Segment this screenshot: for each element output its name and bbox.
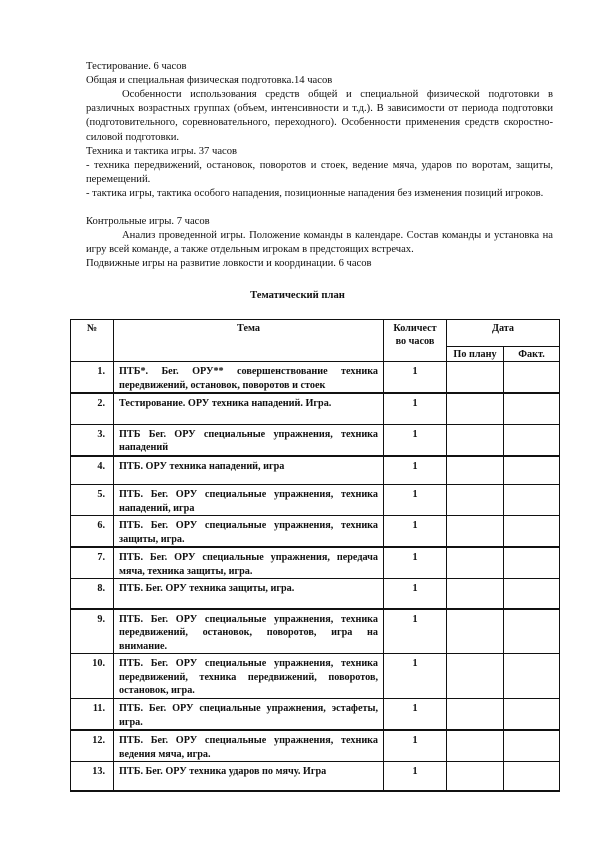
table-row: 1.ПТБ*. Бег. ОРУ** совершенствование тех… bbox=[71, 362, 560, 394]
plan-title: Тематический план bbox=[0, 290, 595, 301]
row-date-fact bbox=[504, 393, 560, 424]
row-hours: 1 bbox=[384, 609, 447, 654]
row-number: 6. bbox=[71, 516, 114, 548]
row-date-plan bbox=[447, 579, 504, 609]
row-date-plan bbox=[447, 362, 504, 394]
table-row: 2.Тестирование. ОРУ техника нападений. И… bbox=[71, 393, 560, 424]
thematic-plan-table: № Тема Количест во часов Дата По плану Ф… bbox=[70, 319, 560, 792]
row-date-plan bbox=[447, 393, 504, 424]
row-date-plan bbox=[447, 609, 504, 654]
row-hours: 1 bbox=[384, 516, 447, 548]
row-number: 2. bbox=[71, 393, 114, 424]
row-hours: 1 bbox=[384, 393, 447, 424]
row-number: 9. bbox=[71, 609, 114, 654]
row-date-fact bbox=[504, 579, 560, 609]
row-number: 5. bbox=[71, 485, 114, 516]
row-date-fact bbox=[504, 654, 560, 699]
row-hours: 1 bbox=[384, 762, 447, 791]
row-topic: ПТБ. Бег. ОРУ специальные упражнения, те… bbox=[114, 485, 384, 516]
row-number: 10. bbox=[71, 654, 114, 699]
table-row: 7.ПТБ. Бег. ОРУ специальные упражнения, … bbox=[71, 547, 560, 579]
table-row: 6.ПТБ. Бег. ОРУ специальные упражнения, … bbox=[71, 516, 560, 548]
row-number: 8. bbox=[71, 579, 114, 609]
table-row: 13.ПТБ. Бег. ОРУ техника ударов по мячу.… bbox=[71, 762, 560, 791]
plan-body: 1.ПТБ*. Бег. ОРУ** совершенствование тех… bbox=[71, 362, 560, 791]
row-hours: 1 bbox=[384, 456, 447, 485]
section-general-special-desc: Особенности использования средств общей … bbox=[86, 88, 553, 145]
section-technique-tactics: Техника и тактика игры. 37 часов bbox=[86, 145, 553, 159]
table-row: 8.ПТБ. Бег. ОРУ техника защиты, игра.1 bbox=[71, 579, 560, 609]
row-date-fact bbox=[504, 547, 560, 579]
technique-item: - техника передвижений, остановок, повор… bbox=[86, 159, 553, 187]
row-date-plan bbox=[447, 654, 504, 699]
row-number: 3. bbox=[71, 424, 114, 456]
tactics-item: - тактика игры, тактика особого нападени… bbox=[86, 187, 553, 201]
row-topic: ПТБ. Бег. ОРУ специальные упражнения, те… bbox=[114, 730, 384, 762]
row-date-fact bbox=[504, 762, 560, 791]
row-date-fact bbox=[504, 424, 560, 456]
header-hours: Количест во часов bbox=[384, 320, 447, 362]
row-date-fact bbox=[504, 485, 560, 516]
control-games-desc: Анализ проведенной игры. Положение коман… bbox=[86, 229, 553, 257]
row-topic: ПТБ*. Бег. ОРУ** совершенствование техни… bbox=[114, 362, 384, 394]
row-date-plan bbox=[447, 547, 504, 579]
row-date-fact bbox=[504, 730, 560, 762]
row-hours: 1 bbox=[384, 579, 447, 609]
row-number: 12. bbox=[71, 730, 114, 762]
row-number: 11. bbox=[71, 699, 114, 731]
row-hours: 1 bbox=[384, 362, 447, 394]
row-date-fact bbox=[504, 456, 560, 485]
section-general-special: Общая и специальная физическая подготовк… bbox=[86, 74, 553, 88]
header-topic: Тема bbox=[114, 320, 384, 362]
row-topic: ПТБ Бег. ОРУ специальные упражнения, тех… bbox=[114, 424, 384, 456]
section-control-games: Контрольные игры. 7 часов bbox=[86, 215, 553, 229]
row-topic: ПТБ. Бег. ОРУ техника ударов по мячу. Иг… bbox=[114, 762, 384, 791]
header-hours-label: Количест во часов bbox=[393, 323, 436, 347]
header-date-plan: По плану bbox=[447, 347, 504, 362]
section-testing: Тестирование. 6 часов bbox=[86, 60, 553, 74]
row-date-plan bbox=[447, 456, 504, 485]
row-date-plan bbox=[447, 699, 504, 731]
row-hours: 1 bbox=[384, 485, 447, 516]
table-row: 3.ПТБ Бег. ОРУ специальные упражнения, т… bbox=[71, 424, 560, 456]
table-row: 4.ПТБ. ОРУ техника нападений, игра1 bbox=[71, 456, 560, 485]
row-date-plan bbox=[447, 762, 504, 791]
row-date-plan bbox=[447, 730, 504, 762]
row-date-plan bbox=[447, 516, 504, 548]
row-topic: ПТБ. ОРУ техника нападений, игра bbox=[114, 456, 384, 485]
row-topic: ПТБ. Бег. ОРУ специальные упражнения, те… bbox=[114, 654, 384, 699]
row-topic: ПТБ. Бег. ОРУ специальные упражнения, пе… bbox=[114, 547, 384, 579]
row-date-plan bbox=[447, 424, 504, 456]
row-date-plan bbox=[447, 485, 504, 516]
table-row: 11.ПТБ. Бег. ОРУ специальные упражнения,… bbox=[71, 699, 560, 731]
row-date-fact bbox=[504, 699, 560, 731]
row-date-fact bbox=[504, 362, 560, 394]
row-hours: 1 bbox=[384, 699, 447, 731]
row-number: 1. bbox=[71, 362, 114, 394]
table-row: 5.ПТБ. Бег. ОРУ специальные упражнения, … bbox=[71, 485, 560, 516]
row-topic: ПТБ. Бег. ОРУ техника защиты, игра. bbox=[114, 579, 384, 609]
table-row: 12.ПТБ. Бег. ОРУ специальные упражнения,… bbox=[71, 730, 560, 762]
table-row: 10.ПТБ. Бег. ОРУ специальные упражнения,… bbox=[71, 654, 560, 699]
row-topic: ПТБ. Бег. ОРУ специальные упражнения, те… bbox=[114, 516, 384, 548]
table-row: 9.ПТБ. Бег. ОРУ специальные упражнения, … bbox=[71, 609, 560, 654]
row-number: 4. bbox=[71, 456, 114, 485]
row-number: 13. bbox=[71, 762, 114, 791]
header-date-fact: Факт. bbox=[504, 347, 560, 362]
row-topic: Тестирование. ОРУ техника нападений. Игр… bbox=[114, 393, 384, 424]
header-date: Дата bbox=[447, 320, 560, 347]
row-hours: 1 bbox=[384, 730, 447, 762]
row-date-fact bbox=[504, 516, 560, 548]
section-mobile-games: Подвижные игры на развитие ловкости и ко… bbox=[86, 257, 553, 271]
row-topic: ПТБ. Бег. ОРУ специальные упражнения, те… bbox=[114, 609, 384, 654]
row-hours: 1 bbox=[384, 547, 447, 579]
row-number: 7. bbox=[71, 547, 114, 579]
row-hours: 1 bbox=[384, 654, 447, 699]
row-topic: ПТБ. Бег. ОРУ специальные упражнения, эс… bbox=[114, 699, 384, 731]
row-date-fact bbox=[504, 609, 560, 654]
header-num: № bbox=[71, 320, 114, 362]
row-hours: 1 bbox=[384, 424, 447, 456]
